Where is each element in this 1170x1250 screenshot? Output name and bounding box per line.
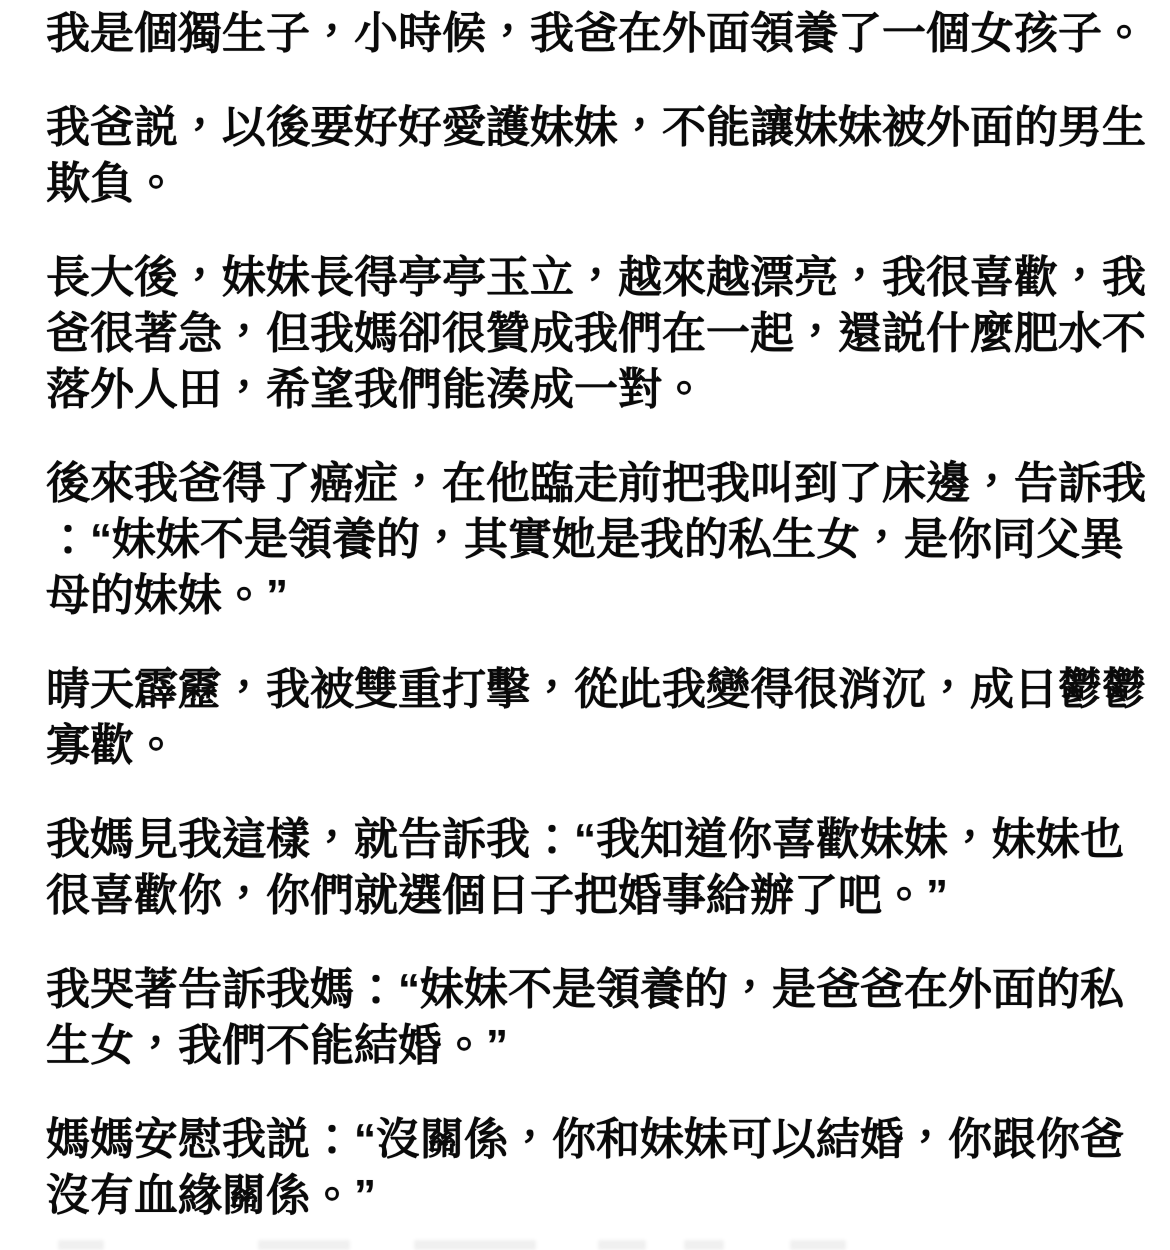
text-line: 欺負。 xyxy=(46,156,1124,212)
cutoff-glyph-smudge xyxy=(790,1240,846,1250)
text-line: 晴天霹靂，我被雙重打擊，從此我變得很消沉，成日鬱鬱 xyxy=(46,662,1124,718)
text-line: 爸很著急，但我媽卻很贊成我們在一起，還説什麼肥水不 xyxy=(46,306,1124,362)
text-line: 我爸説，以後要好好愛護妹妹，不能讓妹妹被外面的男生 xyxy=(46,100,1124,156)
text-line: 生女，我們不能結婚。” xyxy=(46,1018,1124,1074)
paragraph-3: 長大後，妹妹長得亭亭玉立，越來越漂亮，我很喜歡，我 爸很著急，但我媽卻很贊成我們… xyxy=(46,250,1124,418)
paragraph-5: 晴天霹靂，我被雙重打擊，從此我變得很消沉，成日鬱鬱 寡歡。 xyxy=(46,662,1124,774)
text-line: 母的妹妹。” xyxy=(46,568,1124,624)
cutoff-glyph-smudge xyxy=(414,1240,536,1250)
text-line: 寡歡。 xyxy=(46,718,1124,774)
paragraph-6: 我媽見我這樣，就告訴我：“我知道你喜歡妹妹，妹妹也 很喜歡你，你們就選個日子把婚… xyxy=(46,812,1124,924)
text-line: ：“妹妹不是領養的，其實她是我的私生女，是你同父異 xyxy=(46,512,1124,568)
text-line: 長大後，妹妹長得亭亭玉立，越來越漂亮，我很喜歡，我 xyxy=(46,250,1124,306)
text-line: 媽媽安慰我説：“沒關係，你和妹妹可以結婚，你跟你爸 xyxy=(46,1112,1124,1168)
text-line: 沒有血緣關係。” xyxy=(46,1168,1124,1224)
cutoff-glyph-smudge xyxy=(58,1240,104,1250)
story-text: 我是個獨生子，小時候，我爸在外面領養了一個女孩子。 我爸説，以後要好好愛護妹妹，… xyxy=(0,0,1170,1224)
text-line: 落外人田，希望我們能湊成一對。 xyxy=(46,362,1124,418)
cutoff-glyph-smudge xyxy=(258,1240,350,1250)
paragraph-8: 媽媽安慰我説：“沒關係，你和妹妹可以結婚，你跟你爸 沒有血緣關係。” xyxy=(46,1112,1124,1224)
text-line: 我哭著告訴我媽：“妹妹不是領養的，是爸爸在外面的私 xyxy=(46,962,1124,1018)
text-line: 我是個獨生子，小時候，我爸在外面領養了一個女孩子。 xyxy=(46,9,1146,58)
cutoff-text-fragment xyxy=(0,1236,1170,1250)
text-line: 我媽見我這樣，就告訴我：“我知道你喜歡妹妹，妹妹也 xyxy=(46,812,1124,868)
cutoff-glyph-smudge xyxy=(684,1240,724,1250)
paragraph-2: 我爸説，以後要好好愛護妹妹，不能讓妹妹被外面的男生 欺負。 xyxy=(46,100,1124,212)
text-line: 很喜歡你，你們就選個日子把婚事給辦了吧。” xyxy=(46,868,1124,924)
paragraph-7: 我哭著告訴我媽：“妹妹不是領養的，是爸爸在外面的私 生女，我們不能結婚。” xyxy=(46,962,1124,1074)
text-line: 後來我爸得了癌症，在他臨走前把我叫到了床邊，告訴我 xyxy=(46,456,1124,512)
paragraph-4: 後來我爸得了癌症，在他臨走前把我叫到了床邊，告訴我 ：“妹妹不是領養的，其實她是… xyxy=(46,456,1124,624)
cutoff-glyph-smudge xyxy=(598,1240,646,1250)
paragraph-1: 我是個獨生子，小時候，我爸在外面領養了一個女孩子。 xyxy=(46,6,1124,62)
